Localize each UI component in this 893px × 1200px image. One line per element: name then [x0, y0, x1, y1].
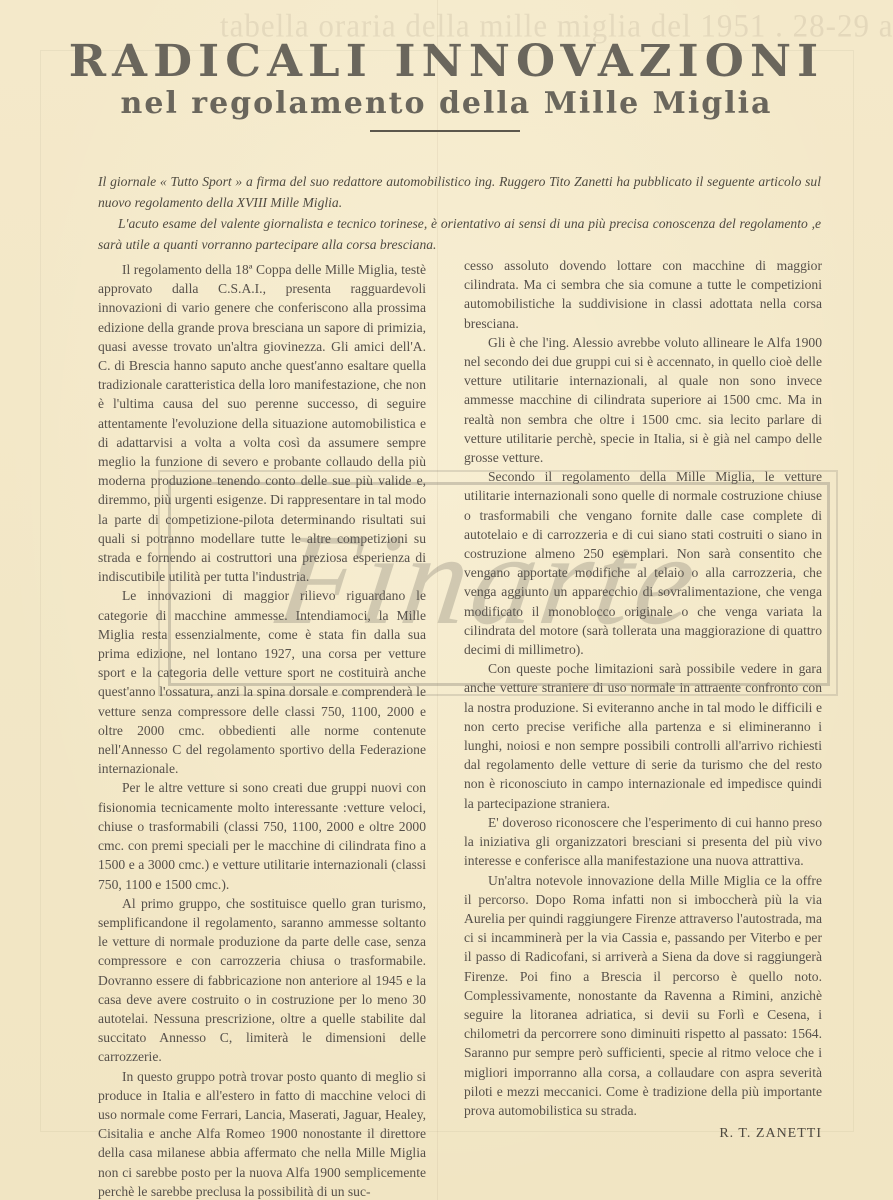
article-left-column: Il regolamento della 18ª Coppa delle Mil…: [98, 260, 426, 1200]
author-signature: R. T. ZANETTI: [464, 1124, 822, 1143]
article-paragraph: Il regolamento della 18ª Coppa delle Mil…: [98, 260, 426, 586]
article-paragraph: Gli è che l'ing. Alessio avrebbe voluto …: [464, 333, 822, 467]
page-title: RADICALI INNOVAZIONI: [0, 36, 893, 87]
article-paragraph: E' doveroso riconoscere che l'esperiment…: [464, 813, 822, 871]
article-paragraph: Al primo gruppo, che sostituisce quello …: [98, 894, 426, 1067]
article-paragraph: In questo gruppo potrà trovar posto quan…: [98, 1067, 426, 1200]
intro-paragraph: L'acuto esame del valente giornalista e …: [98, 213, 821, 255]
intro-paragraphs: Il giornale « Tutto Sport » a firma del …: [98, 171, 821, 255]
intro-paragraph: Il giornale « Tutto Sport » a firma del …: [98, 171, 821, 213]
document-page: tabella oraria della mille miglia del 19…: [0, 0, 893, 1200]
title-divider: [370, 130, 520, 132]
article-right-column: cesso assoluto dovendo lottare con macch…: [464, 256, 822, 1143]
article-paragraph: Secondo il regolamento della Mille Migli…: [464, 467, 822, 659]
article-paragraph: Per le altre vetture si sono creati due …: [98, 778, 426, 893]
article-paragraph: Con queste poche limitazioni sarà possib…: [464, 659, 822, 813]
article-paragraph: Le innovazioni di maggior rilievo riguar…: [98, 586, 426, 778]
article-paragraph: cesso assoluto dovendo lottare con macch…: [464, 256, 822, 333]
page-subtitle: nel regolamento della Mille Miglia: [0, 86, 893, 121]
article-paragraph: Un'altra notevole innovazione della Mill…: [464, 871, 822, 1121]
